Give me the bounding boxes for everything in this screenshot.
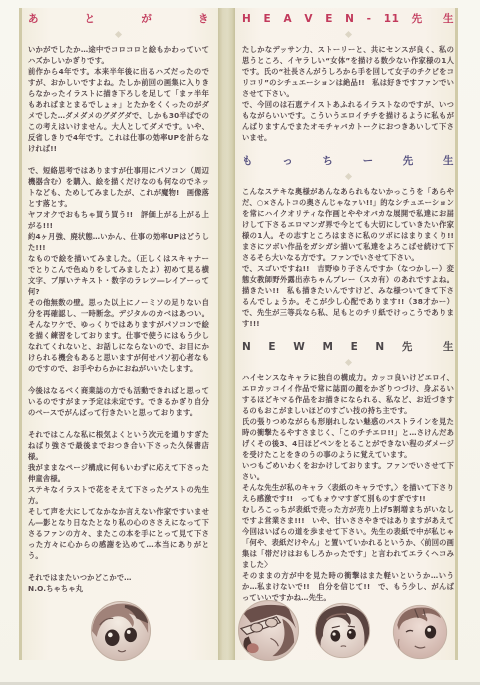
diamond-ornament-icon: [344, 359, 351, 366]
diamond-ornament-icon: [344, 173, 351, 180]
section-paragraph: で、今回のは石恵テイストあふれるイラストなのですが、いつもながらいいです。こうい…: [242, 99, 454, 143]
section-paragraph: そんな先生が私のキャラ〈表紙のキャラです。〉を描いて下さりえら感激です!! って…: [242, 482, 454, 504]
left-margin-rule: [19, 8, 22, 660]
right-margin-rule: [455, 8, 458, 660]
section-paragraph: こんなステキな奥様があんなあられもないかっこうを「あらやだ、○×さんトコの奥さん…: [242, 186, 454, 263]
section-paragraph: むしろこっちが表紙で売った方が売り上げ5割増まちがいなしですよ営業さま!!! い…: [242, 504, 454, 570]
diamond-ornament-icon: [344, 31, 351, 38]
afterword-title: あ と が き: [28, 13, 209, 26]
portrait-big-eyed-girl: [90, 600, 152, 662]
afterword-paragraph: そして声を大にしてなかなか言えない作家ですいません―影となり日なたとなり私の心の…: [28, 506, 209, 561]
afterword-paragraph: その他無数の壁。思った以上にノーミソの足りない自分を再確認し、一時断念。デジタル…: [28, 297, 209, 374]
afterword-paragraph: 我がままなページ構成に何もいわずに応えて下さった伸童舎様。: [28, 462, 209, 484]
afterword-column: あ と が き いかがでしたか…途中でコロコロと絵もかわっていてハズかしいかぎり…: [28, 13, 209, 594]
portrait-winking-round-face: [392, 604, 448, 660]
diamond-ornament-icon: [115, 31, 122, 38]
afterword-paragraph: ヤフオクでおもちゃ買う買う!! 評価上がる上がる上がる!!!: [28, 209, 209, 231]
afterword-paragraph: 今後はなるべく商業誌の方でも活動できればと思っているのですがまァ予定は未定です。…: [28, 385, 209, 418]
author-signature: N.O.ちゃちゃ丸: [28, 583, 209, 594]
section-title-mocchi: も っ ち ー 先 生: [242, 155, 454, 168]
portrait-bob-hair-girl: [314, 602, 371, 659]
portrait-profile-with-glasses: [237, 599, 300, 662]
section-paragraph: いつもごめいわくをおかけしております。ファンでいさせて下さい。: [242, 460, 454, 482]
afterword-paragraph: で、短絡思考ではありますが仕事用にパソコン（周辺機器含む）を購入、絵を描くだけな…: [28, 165, 209, 209]
section-paragraph: ハイセンスなキャラに独自の構成力。カッコ良いけどエロイ、エロカッコイイ作品で常に…: [242, 372, 454, 416]
afterword-sign-off: それではまたいつかどこかで…: [28, 572, 209, 583]
section-newmen: N E W M E N 先 生 ハイセンスなキャラに独自の構成力。カッコ良いけど…: [242, 341, 454, 603]
afterword-paragraph: 前作から4年です。本来半年後に出るハズだったのですが、おかしいですよね。たしか前…: [28, 66, 209, 154]
afterword-paragraph: ステキなイラストで花をそえて下さったゲストの先生方。: [28, 484, 209, 506]
guest-comments-column: H E A V E N - 11 先 生 たしかなデッサン力、ストーリーと、共に…: [242, 13, 454, 603]
column-divider-band: [218, 8, 235, 660]
section-title-newmen: N E W M E N 先 生: [242, 341, 454, 354]
section-mocchi: も っ ち ー 先 生 こんなステキな奥様があんなあられもないかっこうを「あらや…: [242, 155, 454, 329]
section-heaven11: H E A V E N - 11 先 生 たしかなデッサン力、ストーリーと、共に…: [242, 13, 454, 143]
section-paragraph: で、スゴいですね!! 吉野ゆり子さんですか（なつかしー）変態女教師野外露出赤ちゃ…: [242, 263, 454, 329]
section-paragraph: たしかなデッサン力、ストーリーと、共にセンスが良く、私の思うところ、イヤラしい“…: [242, 44, 454, 99]
afterword-paragraph: いかがでしたか…途中でコロコロと絵もかわっていてハズかしいかぎりです。: [28, 44, 209, 66]
section-title-heaven11: H E A V E N - 11 先 生: [242, 13, 454, 26]
afterword-paragraph: なもので絵を描いてみました。（正しくはスキャナーでとりこんで色ぬりをしてみました…: [28, 253, 209, 297]
afterword-paragraph: それではこんな私に根気よくという次元を通りすぎたねばり強さで最後までおつき合い下…: [28, 429, 209, 462]
afterword-paragraph: 約4ヶ月強、廃状態…いかん、仕事の効率UPはどうした!!!: [28, 231, 209, 253]
section-paragraph: 氏の張りつめながらも形崩れしない魅惑のバストラインを見た時の衝撃たるやすさまじく…: [242, 416, 454, 460]
